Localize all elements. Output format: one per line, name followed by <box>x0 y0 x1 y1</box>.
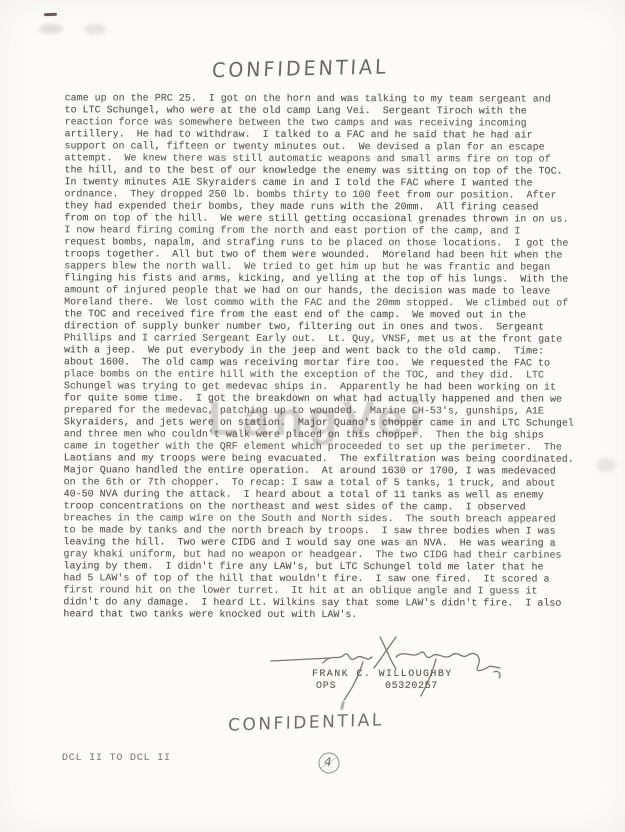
declassification-marking: DCL II TO DCL II <box>62 753 171 764</box>
text-line: prepared for the medevac, patching up to… <box>64 405 594 418</box>
text-line: ordnance. They dropped 250 lb. bombs thi… <box>64 189 594 202</box>
text-line: on the 6th or 7th chopper. To recap: I s… <box>64 477 594 490</box>
text-line: reaction force was somewhere between the… <box>65 117 595 130</box>
scanned-page: CONFIDENTIAL LangVei came up on the PRC … <box>0 0 625 832</box>
text-line: Moreland there. We lost commo with the F… <box>64 297 594 310</box>
text-line: came in together with the QRF element wh… <box>64 441 594 454</box>
text-line: Schungel was trying to get medevac ships… <box>64 381 594 394</box>
scan-smudge <box>596 458 616 472</box>
text-line: gray khaki uniform, but had no weapon or… <box>63 549 593 562</box>
text-line: heard that two tanks were knocked out wi… <box>63 609 593 622</box>
pencil-smudge <box>39 24 63 34</box>
pen-mark <box>44 13 57 16</box>
page-number-circle: 4 <box>316 750 342 776</box>
text-line: to be made by tanks and the north breach… <box>64 525 594 538</box>
text-line: request bombs, napalm, and strafing runs… <box>64 237 594 250</box>
text-line: sappers blew the north wall. We tried to… <box>64 261 594 274</box>
text-line: Phillips and I carried Sergeant Early ou… <box>64 333 594 346</box>
pencil-smudge <box>84 24 106 35</box>
text-line: came up on the PRC 25. I got on the horn… <box>65 93 595 106</box>
body-text: came up on the PRC 25. I got on the horn… <box>63 93 594 622</box>
classification-stamp-bottom: CONFIDENTIAL <box>228 710 384 735</box>
text-line: first round hit on the lower turret. It … <box>63 585 593 598</box>
text-line: attempt. We knew there was still automat… <box>65 153 595 166</box>
signature-script <box>268 634 518 709</box>
classification-stamp-top: CONFIDENTIAL <box>211 55 389 82</box>
